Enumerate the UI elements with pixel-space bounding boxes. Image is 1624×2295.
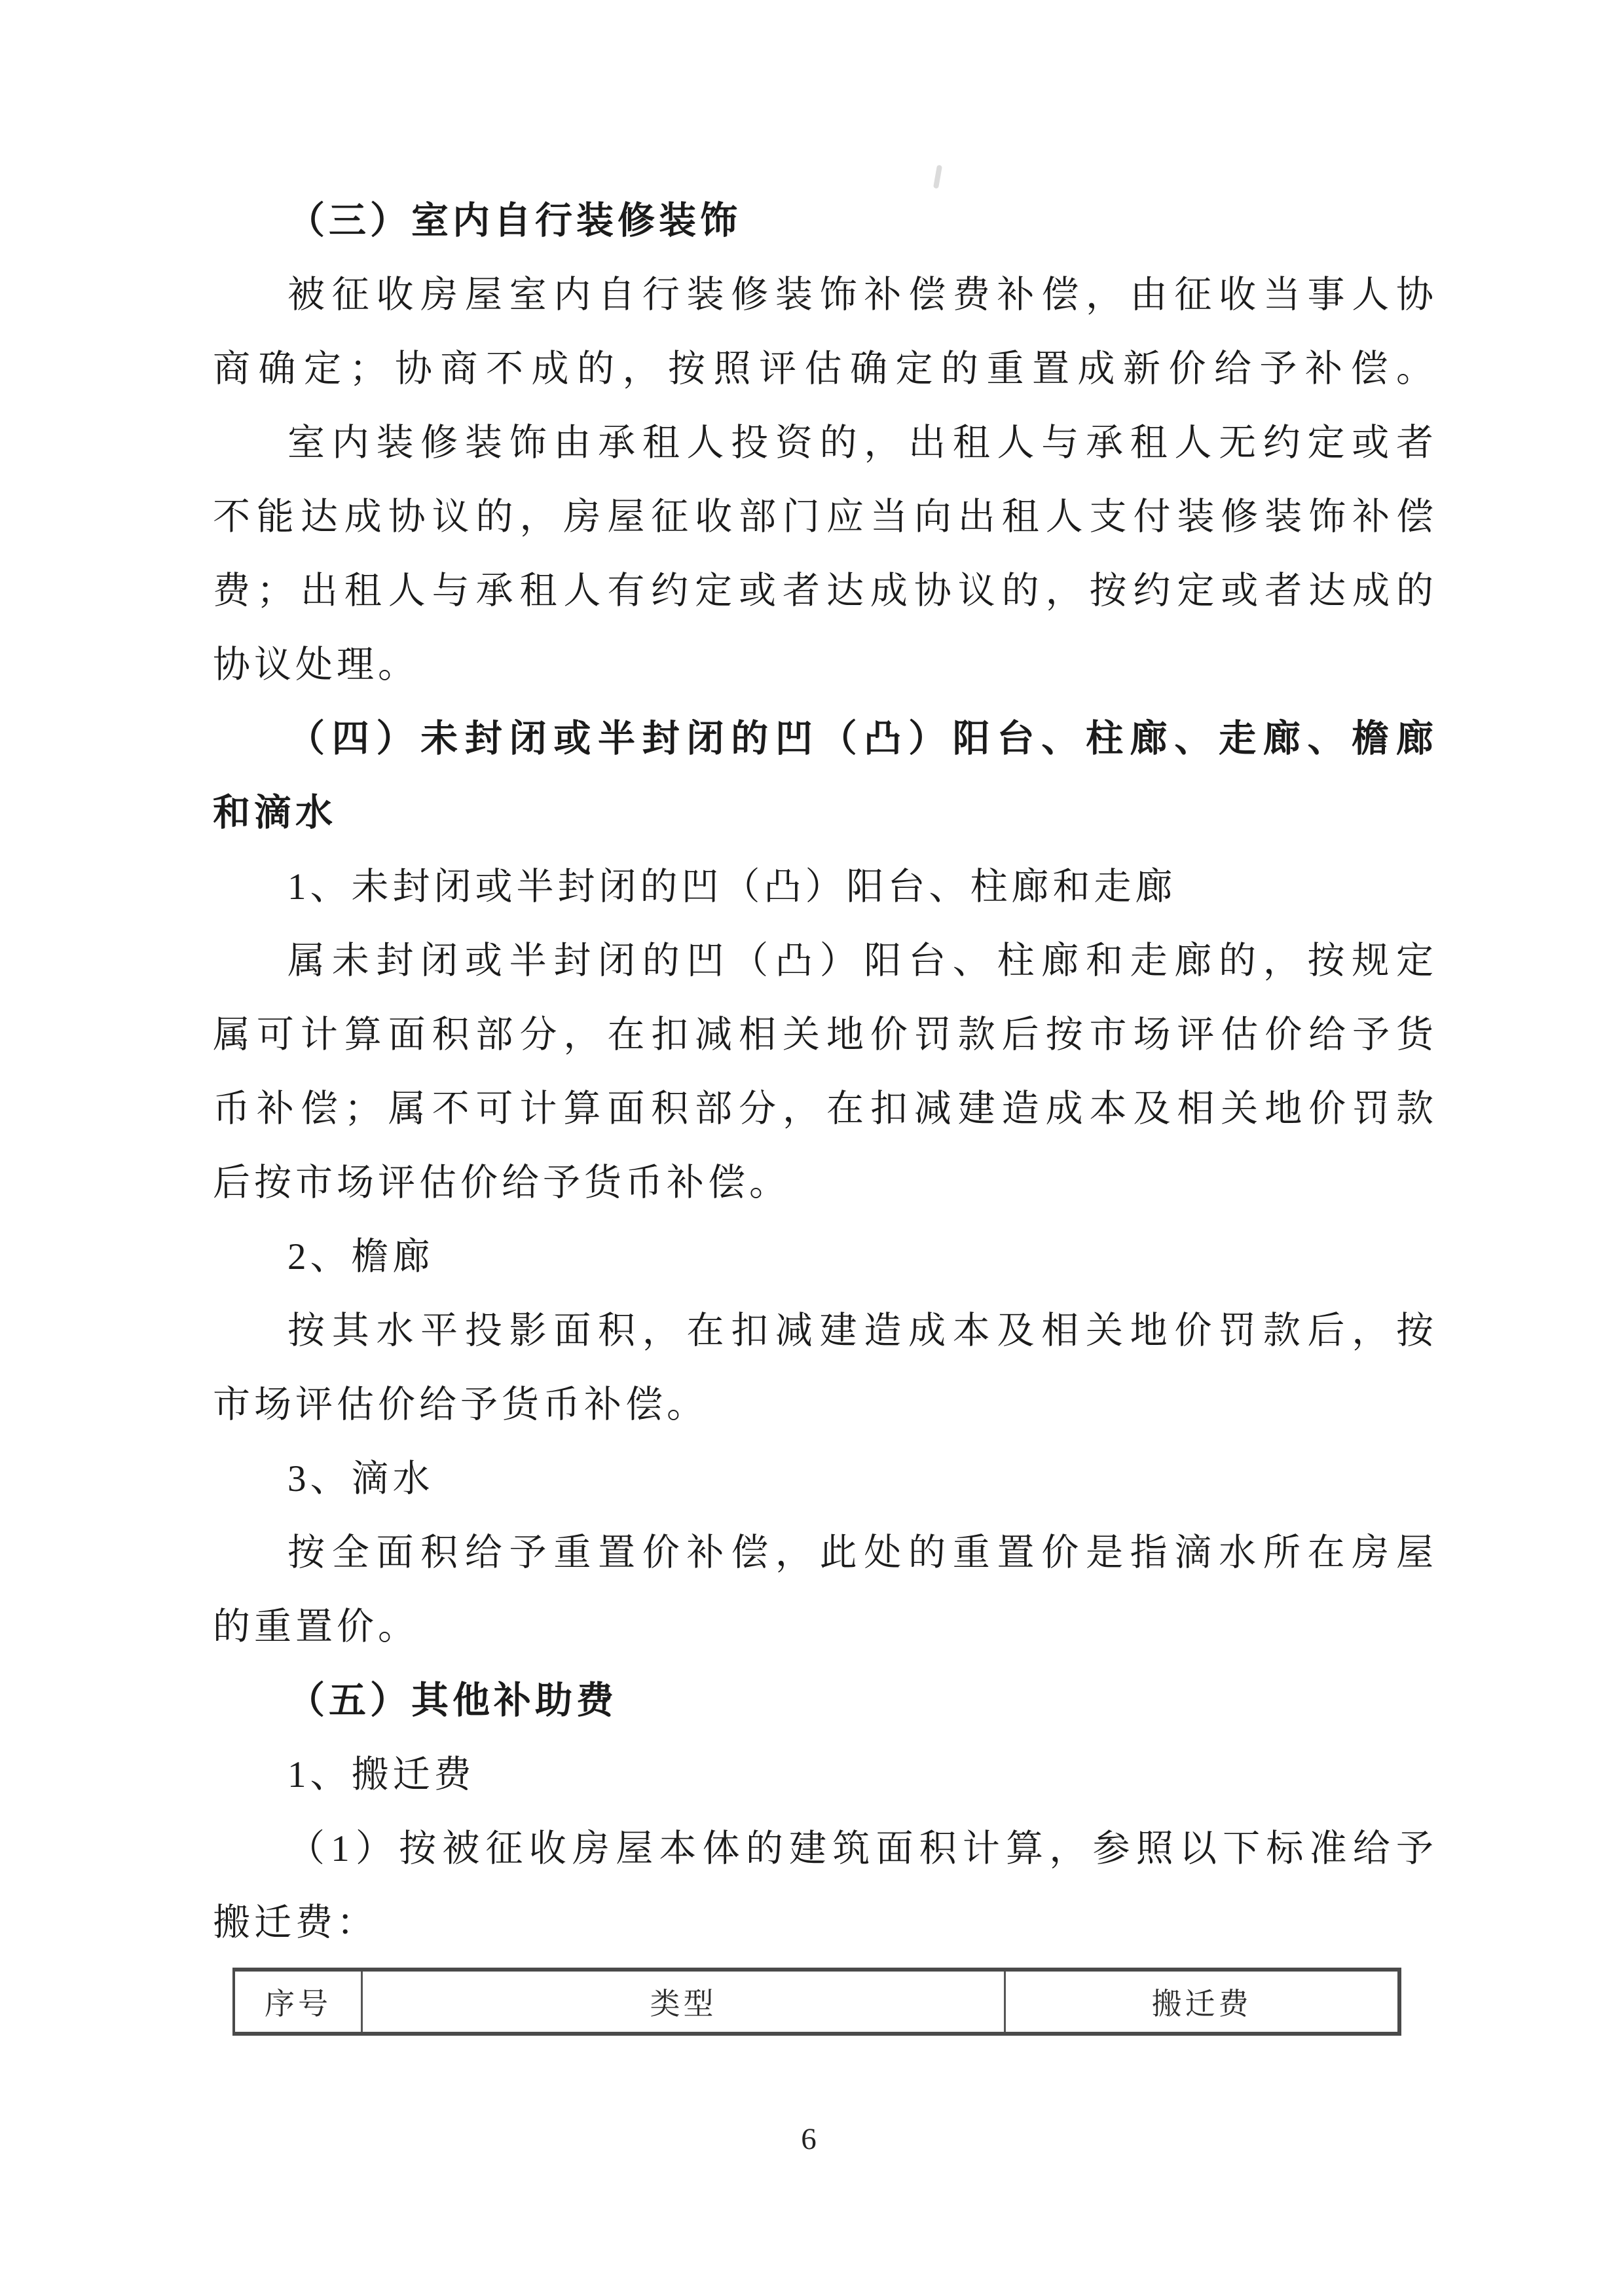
text-line: 费；出租人与承租人有约定或者达成协议的，按约定或者达成的 <box>213 554 1437 628</box>
document-body: （三）室内自行装修装饰 被征收房屋室内自行装修装饰补偿费补偿，由征收当事人协 商… <box>213 184 1437 1960</box>
text-line: 被征收房屋室内自行装修装饰补偿费补偿，由征收当事人协 <box>213 258 1437 332</box>
text-line: 不能达成协议的，房屋征收部门应当向出租人支付装修装饰补偿 <box>213 480 1437 554</box>
text-line: 3、滴水 <box>213 1442 1437 1516</box>
heading-line: （五）其他补助费 <box>213 1664 1437 1738</box>
table-header-seq: 序号 <box>235 1972 363 2032</box>
text-line: 属可计算面积部分，在扣减相关地价罚款后按市场评估价给予货 <box>213 998 1437 1072</box>
text-line: 按其水平投影面积，在扣减建造成本及相关地价罚款后，按 <box>213 1294 1437 1368</box>
text-line: 按全面积给予重置价补偿，此处的重置价是指滴水所在房屋 <box>213 1516 1437 1590</box>
text-line: 属未封闭或半封闭的凹（凸）阳台、柱廊和走廊的，按规定 <box>213 924 1437 998</box>
text-line: 币补偿；属不可计算面积部分，在扣减建造成本及相关地价罚款 <box>213 1072 1437 1146</box>
text-line: 2、檐廊 <box>213 1220 1437 1294</box>
text-line: 搬迁费： <box>213 1886 1437 1960</box>
table-header-fee: 搬迁费 <box>1006 1972 1397 2032</box>
text-line: 1、搬迁费 <box>213 1738 1437 1812</box>
moving-fee-table: 序号 类型 搬迁费 <box>232 1968 1401 2036</box>
page-number: 6 <box>0 2121 1617 2157</box>
heading-line: （三）室内自行装修装饰 <box>213 184 1437 258</box>
heading-line: 和滴水 <box>213 776 1437 850</box>
text-line: 1、未封闭或半封闭的凹（凸）阳台、柱廊和走廊 <box>213 850 1437 924</box>
text-line: 室内装修装饰由承租人投资的，出租人与承租人无约定或者 <box>213 406 1437 480</box>
text-line: 的重置价。 <box>213 1590 1437 1664</box>
text-line: 协议处理。 <box>213 628 1437 702</box>
heading-line: （四）未封闭或半封闭的凹（凸）阳台、柱廊、走廊、檐廊 <box>213 702 1437 776</box>
table-header-type: 类型 <box>363 1972 1006 2032</box>
text-line: （1）按被征收房屋本体的建筑面积计算，参照以下标准给予 <box>213 1812 1437 1886</box>
text-line: 商确定；协商不成的，按照评估确定的重置成新价给予补偿。 <box>213 332 1437 406</box>
text-line: 后按市场评估价给予货币补偿。 <box>213 1146 1437 1220</box>
text-line: 市场评估价给予货币补偿。 <box>213 1368 1437 1442</box>
